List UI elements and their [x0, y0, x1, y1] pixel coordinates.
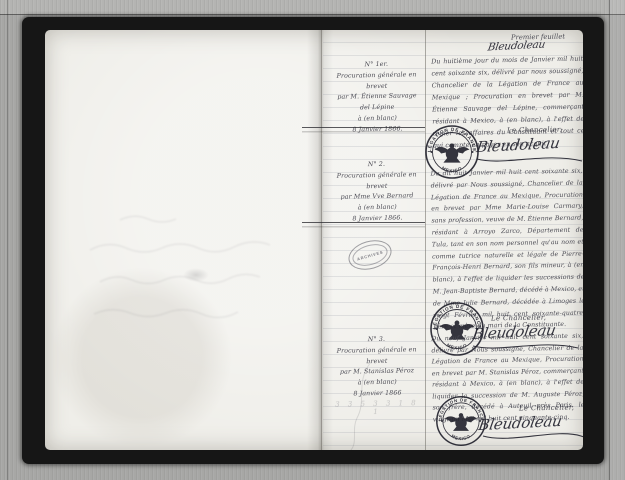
- archive-stamp-label: ARCHIVES: [356, 249, 383, 261]
- register-spread: Premier feuillet Bleudoleau 2e N° 1er. P…: [45, 30, 583, 450]
- film-right-band: [609, 0, 625, 480]
- legation-seal-icon: LÉGATION DE FRANCE MEXICO: [434, 394, 488, 448]
- entry-1-margin-note: N° 1er. Procuration générale en brevet p…: [327, 59, 426, 136]
- imperial-eagle-icon: [443, 144, 460, 163]
- entry-3-signature-flourish: [481, 430, 583, 450]
- entry-1-closing: Le Chancelier,: [507, 125, 562, 134]
- centre-fold-line: [321, 30, 322, 450]
- entry-2-margin-note: N° 2. Procuration générale en brevet par…: [327, 159, 426, 226]
- svg-text:MEXICO: MEXICO: [450, 433, 471, 441]
- entry-1-signature-flourish: [475, 154, 583, 166]
- entry-3-closing: Le Chancelier,: [519, 403, 574, 412]
- entry-separator: [302, 127, 425, 131]
- film-left-edge-line: [7, 0, 8, 480]
- film-frame: Premier feuillet Bleudoleau 2e N° 1er. P…: [22, 17, 604, 464]
- imperial-eagle-icon: [453, 413, 469, 431]
- film-top-edge-line: [0, 14, 625, 15]
- paper-smudge: [183, 268, 209, 282]
- entry-separator: [302, 222, 425, 226]
- margin-ghost-marks: 3 3 5 3 3 1 8 1: [331, 399, 423, 417]
- scanned-register-page: { "document": { "folio_number": "2e", "h…: [0, 0, 625, 480]
- entry-3-margin-note: N° 3. Procuration générale en brevet par…: [327, 334, 426, 401]
- seal-bottom-text: MEXICO: [450, 433, 471, 441]
